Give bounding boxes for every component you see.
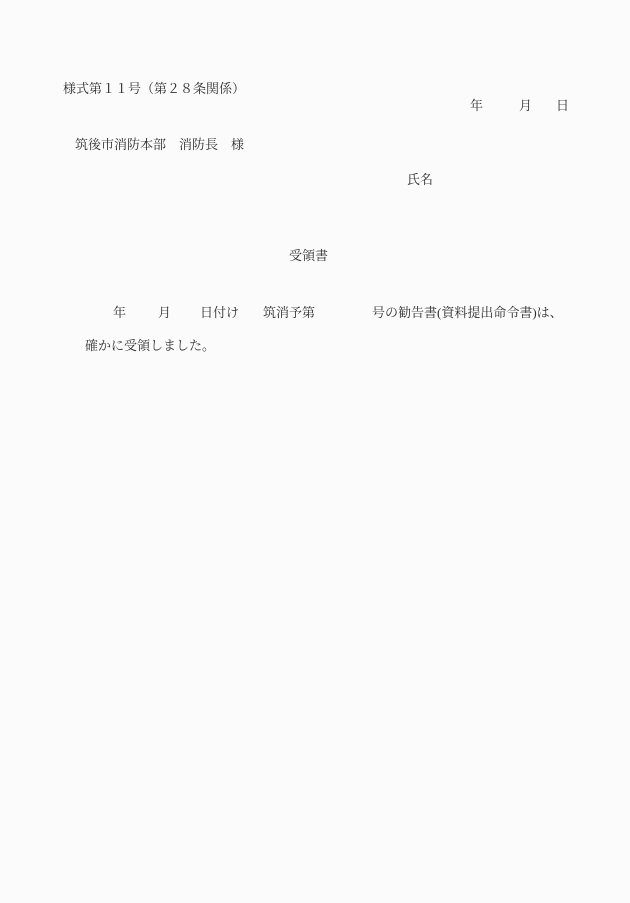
body-doc-number-suffix: 号の勧告書(資料提出命令書)は、 [372,306,563,319]
body-month-label: 月 [158,306,171,319]
date-month-label: 月 [519,99,532,112]
body-year-label: 年 [113,306,126,319]
form-number: 様式第１１号（第２８条関係） [63,82,245,95]
name-label: 氏名 [407,173,433,186]
receipt-form-page: 様式第１１号（第２８条関係） 年 月 日 筑後市消防本部 消防長 様 氏名 受領… [0,0,630,903]
body-dated-label: 日付け [200,306,239,319]
body-doc-number-prefix: 筑消予第 [263,306,315,319]
date-year-label: 年 [470,99,483,112]
addressee: 筑後市消防本部 消防長 様 [75,138,244,151]
date-day-label: 日 [556,99,569,112]
document-title: 受領書 [289,249,328,262]
body-sentence-line2: 確かに受領しました。 [85,339,215,352]
